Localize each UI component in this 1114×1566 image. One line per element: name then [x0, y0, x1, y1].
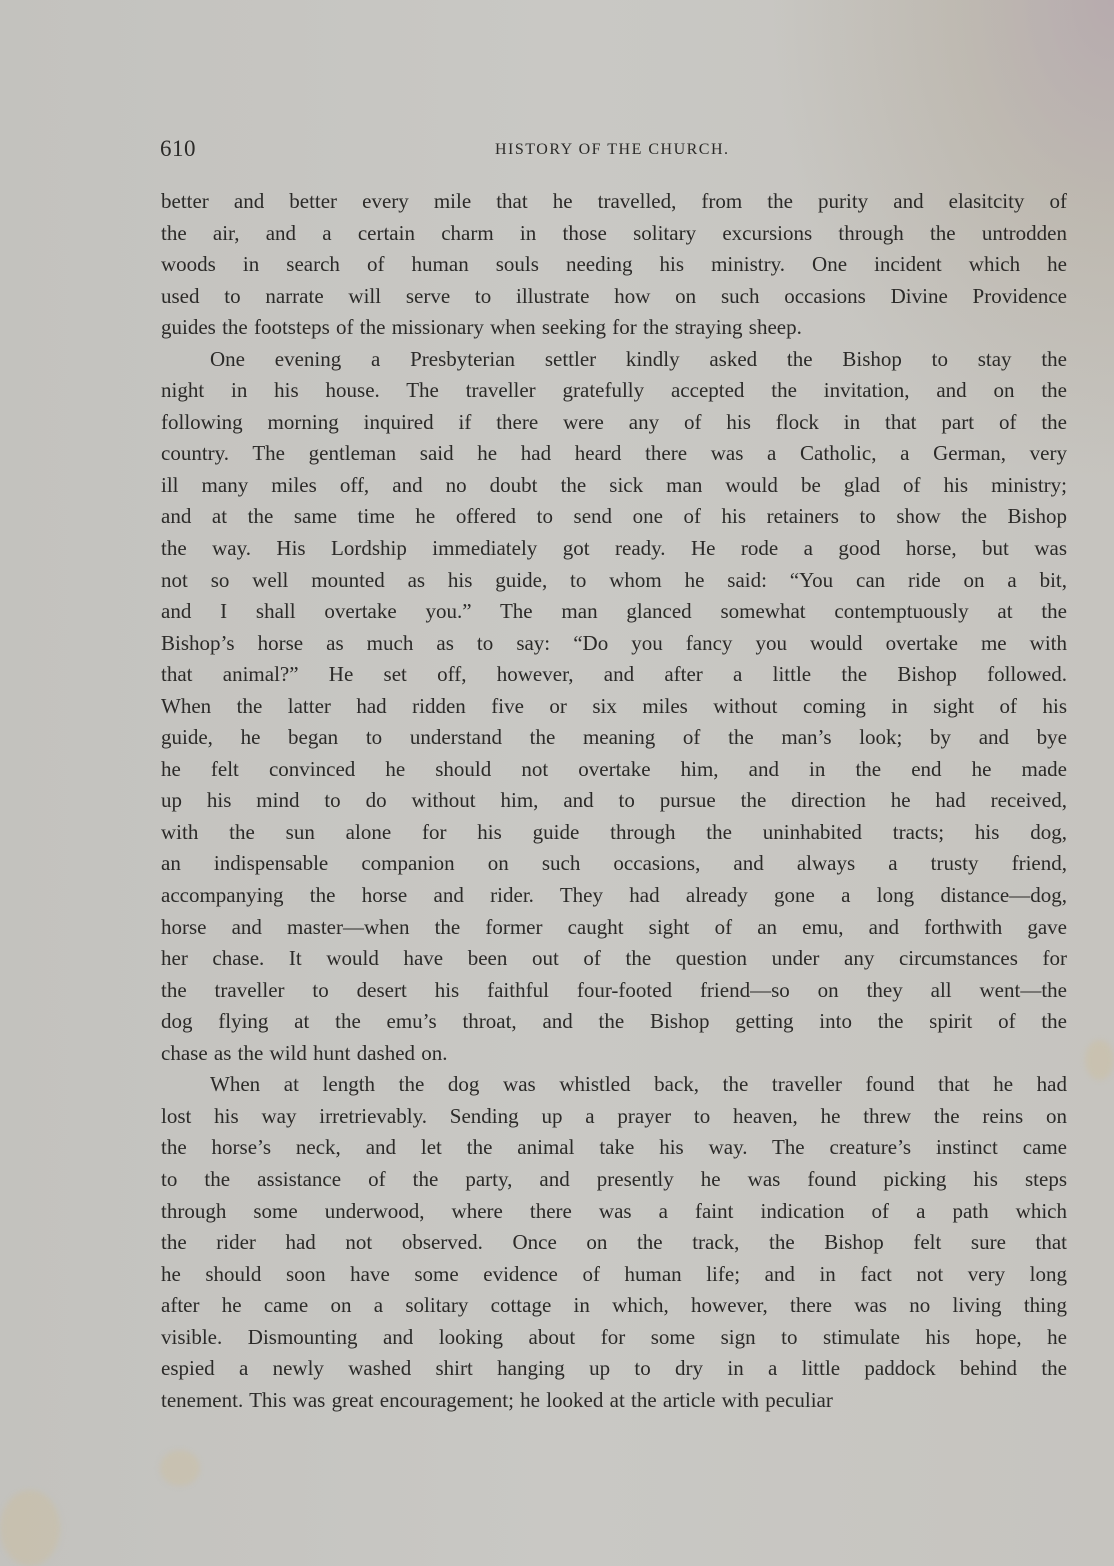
text-line: her chase. It would have been out of the…	[161, 943, 1067, 975]
text-line: the rider had not observed. Once on the …	[161, 1227, 1067, 1259]
text-line: he felt convinced he should not overtake…	[161, 754, 1067, 786]
text-line: visible. Dismounting and looking about f…	[161, 1322, 1067, 1354]
body-text: better and better every mile that he tra…	[161, 186, 1067, 1416]
text-line: following morning inquired if there were…	[161, 407, 1067, 439]
text-line: horse and master—when the former caught …	[161, 912, 1067, 944]
text-line: and at the same time he offered to send …	[161, 501, 1067, 533]
text-line: through some underwood, where there was …	[161, 1196, 1067, 1228]
text-line: and I shall overtake you.” The man glanc…	[161, 596, 1067, 628]
page-number: 610	[160, 136, 196, 162]
running-head: 610 HISTORY OF THE CHURCH.	[160, 136, 1070, 162]
text-line: country. The gentleman said he had heard…	[161, 438, 1067, 470]
text-line: the traveller to desert his faithful fou…	[161, 975, 1067, 1007]
text-line: an indispensable companion on such occas…	[161, 848, 1067, 880]
text-line: night in his house. The traveller gratef…	[161, 375, 1067, 407]
text-line: the way. His Lordship immediately got re…	[161, 533, 1067, 565]
text-line: dog flying at the emu’s throat, and the …	[161, 1006, 1067, 1038]
text-line: that animal?” He set off, however, and a…	[161, 659, 1067, 691]
text-line: guide, he began to understand the meanin…	[161, 722, 1067, 754]
paragraph: One evening a Presbyterian settler kindl…	[161, 344, 1067, 1070]
text-line: When the latter had ridden five or six m…	[161, 691, 1067, 723]
text-line: ill many miles off, and no doubt the sic…	[161, 470, 1067, 502]
paper-stain	[1085, 1040, 1114, 1080]
text-line: chase as the wild hunt dashed on.	[161, 1038, 1067, 1070]
text-line: the air, and a certain charm in those so…	[161, 218, 1067, 250]
text-line: Bishop’s horse as much as to say: “Do yo…	[161, 628, 1067, 660]
book-page: 610 HISTORY OF THE CHURCH. better and be…	[0, 0, 1114, 1566]
text-line: When at length the dog was whistled back…	[161, 1069, 1067, 1101]
text-line: espied a newly washed shirt hanging up t…	[161, 1353, 1067, 1385]
text-line: woods in search of human souls needing h…	[161, 249, 1067, 281]
running-title: HISTORY OF THE CHURCH.	[495, 141, 730, 159]
text-line: he should soon have some evidence of hum…	[161, 1259, 1067, 1291]
text-line: guides the footsteps of the missionary w…	[161, 312, 1067, 344]
text-line: One evening a Presbyterian settler kindl…	[161, 344, 1067, 376]
paragraph: better and better every mile that he tra…	[161, 186, 1067, 344]
paper-stain	[160, 1450, 200, 1486]
text-line: lost his way irretrievably. Sending up a…	[161, 1101, 1067, 1133]
text-line: accompanying the horse and rider. They h…	[161, 880, 1067, 912]
text-line: the horse’s neck, and let the animal tak…	[161, 1132, 1067, 1164]
text-line: to the assistance of the party, and pres…	[161, 1164, 1067, 1196]
text-line: tenement. This was great encouragement; …	[161, 1385, 1067, 1417]
text-line: with the sun alone for his guide through…	[161, 817, 1067, 849]
text-line: up his mind to do without him, and to pu…	[161, 785, 1067, 817]
text-line: not so well mounted as his guide, to who…	[161, 565, 1067, 597]
text-line: after he came on a solitary cottage in w…	[161, 1290, 1067, 1322]
paper-stain	[0, 1490, 60, 1566]
text-line: better and better every mile that he tra…	[161, 186, 1067, 218]
paragraph: When at length the dog was whistled back…	[161, 1069, 1067, 1416]
text-line: used to narrate will serve to illustrate…	[161, 281, 1067, 313]
